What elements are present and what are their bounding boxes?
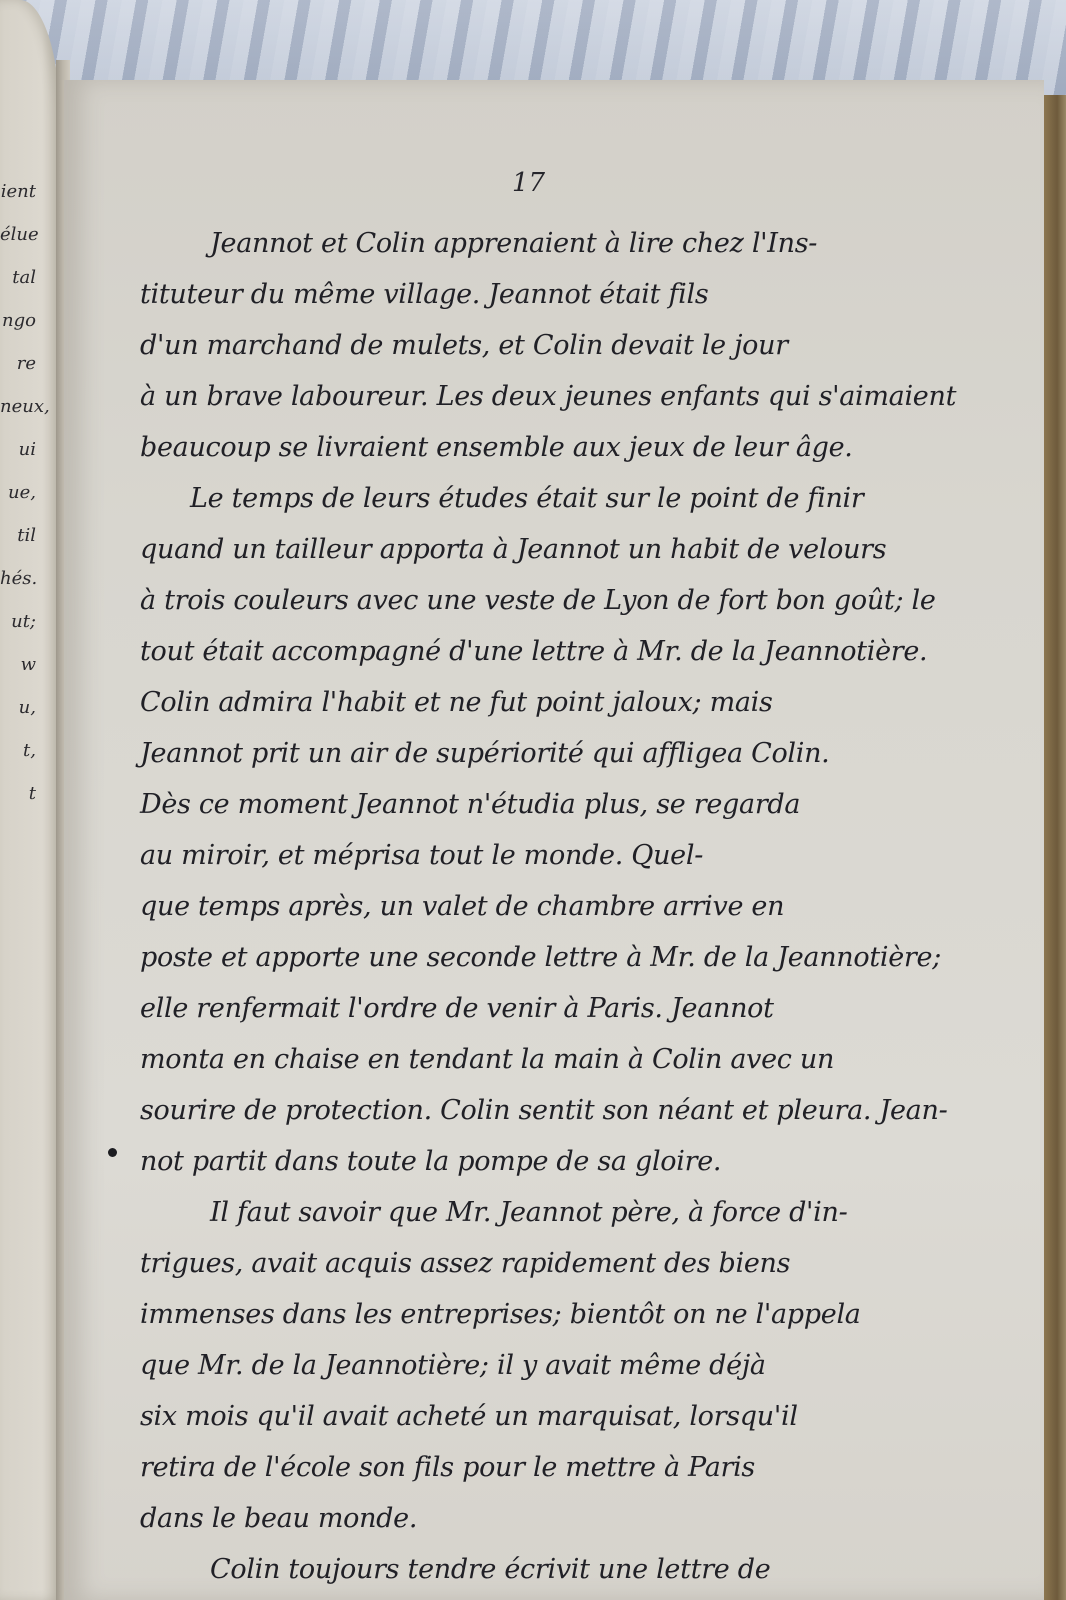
manuscript-line: Jeannot prit un air de supériorité qui a… — [140, 728, 970, 779]
left-page-text: ient élue tal ngo re neux, ui ue, til hé… — [0, 170, 60, 815]
manuscript-line: à un brave laboureur. Les deux jeunes en… — [140, 371, 970, 422]
left-fragment: u, — [0, 686, 60, 729]
left-page: ient élue tal ngo re neux, ui ue, til hé… — [0, 0, 60, 1600]
book-cover-edge — [1044, 95, 1066, 1600]
left-fragment: t — [0, 772, 60, 815]
manuscript-line: elle renfermait l'ordre de venir à Paris… — [140, 983, 970, 1034]
manuscript-line: Colin toujours tendre écrivit une lettre… — [140, 1544, 970, 1595]
manuscript-line: à trois couleurs avec une veste de Lyon … — [140, 575, 970, 626]
manuscript-line: retira de l'école son fils pour le mettr… — [140, 1442, 970, 1493]
manuscript-line: au miroir, et méprisa tout le monde. Que… — [140, 830, 970, 881]
left-fragment: t, — [0, 729, 60, 772]
left-fragment: til — [0, 514, 60, 557]
left-fragment: w — [0, 643, 60, 686]
manuscript-line: d'un marchand de mulets, et Colin devait… — [140, 320, 970, 371]
left-fragment: ient — [0, 170, 60, 213]
manuscript-line: dans le beau monde. — [140, 1493, 970, 1544]
manuscript-line: trigues, avait acquis assez rapidement d… — [140, 1238, 970, 1289]
manuscript-line: immenses dans les entreprises; bientôt o… — [140, 1289, 970, 1340]
page-number: 17 — [512, 168, 545, 198]
left-fragment: ue, — [0, 471, 60, 514]
manuscript-line: Jeannot et Colin apprenaient à lire chez… — [140, 218, 970, 269]
left-fragment: ut; — [0, 600, 60, 643]
manuscript-line: six mois qu'il avait acheté un marquisat… — [140, 1391, 970, 1442]
manuscript-line: beaucoup se livraient ensemble aux jeux … — [140, 422, 970, 473]
manuscript-line: monta en chaise en tendant la main à Col… — [140, 1034, 970, 1085]
left-fragment: re — [0, 342, 60, 385]
manuscript-line: quand un tailleur apporta à Jeannot un h… — [140, 524, 970, 575]
manuscript-line: Le temps de leurs études était sur le po… — [140, 473, 970, 524]
ink-blot — [108, 1148, 117, 1157]
left-fragment: neux, — [0, 385, 60, 428]
manuscript-text: Jeannot et Colin apprenaient à lire chez… — [140, 218, 970, 1595]
manuscript-line: Dès ce moment Jeannot n'étudia plus, se … — [140, 779, 970, 830]
left-fragment: tal — [0, 256, 60, 299]
manuscript-line: not partit dans toute la pompe de sa glo… — [140, 1136, 970, 1187]
left-fragment: hés. — [0, 557, 60, 600]
manuscript-line: que temps après, un valet de chambre arr… — [140, 881, 970, 932]
manuscript-line: Il faut savoir que Mr. Jeannot père, à f… — [140, 1187, 970, 1238]
manuscript-line: tout était accompagné d'une lettre à Mr.… — [140, 626, 970, 677]
left-fragment: élue — [0, 213, 60, 256]
manuscript-line: poste et apporte une seconde lettre à Mr… — [140, 932, 970, 983]
manuscript-line: sourire de protection. Colin sentit son … — [140, 1085, 970, 1136]
left-fragment: ngo — [0, 299, 60, 342]
manuscript-line: que Mr. de la Jeannotière; il y avait mê… — [140, 1340, 970, 1391]
left-fragment: ui — [0, 428, 60, 471]
manuscript-line: Colin admira l'habit et ne fut point jal… — [140, 677, 970, 728]
manuscript-line: tituteur du même village. Jeannot était … — [140, 269, 970, 320]
